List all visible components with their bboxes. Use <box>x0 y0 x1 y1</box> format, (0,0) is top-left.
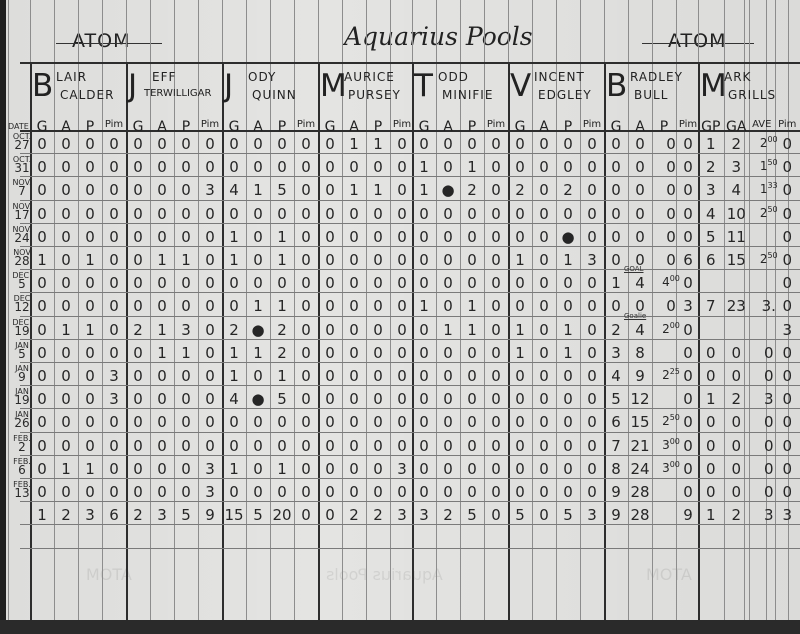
stat-column-header: A <box>342 119 366 135</box>
stat-column-header: G <box>508 119 532 135</box>
stat-cell: 0 <box>54 181 78 199</box>
stat-cell: 0 <box>436 460 460 478</box>
stat-cell: 1 <box>246 344 270 362</box>
stat-cell: 1 <box>270 228 294 246</box>
stat-cell: 0 <box>174 181 198 199</box>
stat-cell: 0 <box>174 158 198 176</box>
stat-cell: 0 <box>78 344 102 362</box>
stat-cell: 3 <box>198 460 222 478</box>
stat-cell: 0 <box>78 205 102 223</box>
stat-cell: 0 <box>54 274 78 292</box>
stat-cell: 0 <box>508 437 532 455</box>
stat-cell: 0 <box>102 228 126 246</box>
stat-cell: 0 <box>532 274 556 292</box>
stat-cell: 3 <box>150 506 174 524</box>
stat-cell: 21 <box>628 437 652 455</box>
stat-cell: 2 <box>342 506 366 524</box>
stat-cell: 0 <box>126 460 150 478</box>
stat-cell: 2 <box>126 506 150 524</box>
stat-column-header: G <box>126 119 150 135</box>
handwritten-note: GOAL <box>624 265 644 273</box>
player-initial: J <box>128 68 137 104</box>
stat-cell: 0 <box>342 460 366 478</box>
stat-cell: 0 <box>318 413 342 431</box>
stat-column-header: Pim <box>775 119 800 130</box>
stat-cell: 2 <box>222 321 246 339</box>
stat-cell: 1 <box>366 135 390 153</box>
stat-cell: 0 <box>318 274 342 292</box>
stat-column-header: P <box>556 119 580 135</box>
stat-cell: 2 <box>270 344 294 362</box>
stat-cell: 3 <box>412 506 436 524</box>
stat-cell: 0 <box>198 274 222 292</box>
stat-cell: 0 <box>150 483 174 501</box>
stat-cell: 0 <box>724 367 750 385</box>
stat-cell: 3 <box>775 321 800 339</box>
stat-cell: 0 <box>676 367 700 385</box>
stat-cell: 0 <box>580 205 604 223</box>
stat-cell: 0 <box>556 413 580 431</box>
stat-cell: 0 <box>126 205 150 223</box>
stat-cell: 1 <box>698 135 724 153</box>
stat-cell: 0 <box>126 344 150 362</box>
stat-column-header: GA <box>724 119 750 135</box>
stat-cell: 0 <box>775 181 800 199</box>
stat-cell: 1 <box>508 344 532 362</box>
division-underline-left <box>56 43 162 44</box>
stat-cell: 0 <box>532 158 556 176</box>
stat-cell: 0 <box>366 367 390 385</box>
stat-cell: 1 <box>222 460 246 478</box>
stat-cell: 0 <box>532 135 556 153</box>
stat-cell: 0 <box>174 367 198 385</box>
stat-cell: 0 <box>460 367 484 385</box>
stat-cell: 0 <box>556 158 580 176</box>
stat-cell: 0 <box>78 274 102 292</box>
stat-cell: 1 <box>460 158 484 176</box>
player-first-name: EFF <box>152 70 176 84</box>
header-top-rule <box>20 62 800 64</box>
stat-cell: 1 <box>436 321 460 339</box>
stat-cell: 0 <box>366 158 390 176</box>
stat-cell: 0 <box>390 158 414 176</box>
stat-cell: 0 <box>198 321 222 339</box>
stat-cell: 0 <box>676 181 700 199</box>
stat-cell: 0 <box>294 205 318 223</box>
stat-cell: 0 <box>412 321 436 339</box>
stat-cell: 0 <box>78 158 102 176</box>
stat-cell: 1 <box>508 251 532 269</box>
stat-cell: 0 <box>102 460 126 478</box>
stat-cell: 0 <box>580 135 604 153</box>
stat-cell: 6 <box>676 251 700 269</box>
stat-cell: 0 <box>54 135 78 153</box>
stat-cell: 2 <box>366 506 390 524</box>
team-title: Aquarius Pools <box>344 22 533 51</box>
stat-cell: 0 <box>436 205 460 223</box>
stat-cell: 0 <box>30 135 54 153</box>
row-rule <box>20 548 800 549</box>
stat-cell: 0 <box>78 413 102 431</box>
stat-cell: 0 <box>436 228 460 246</box>
stat-cell: 1 <box>698 506 724 524</box>
stat-cell: 0 <box>580 437 604 455</box>
stat-cell: 0 <box>775 135 800 153</box>
stat-cell: 0 <box>676 205 700 223</box>
stat-cell: 0 <box>174 413 198 431</box>
stat-cell: 5 <box>246 506 270 524</box>
stat-cell: 0 <box>78 181 102 199</box>
stat-cell: 0 <box>532 367 556 385</box>
stat-cell: 0 <box>412 228 436 246</box>
stat-cell: 0 <box>294 506 318 524</box>
stat-column-header: P <box>652 119 676 135</box>
stat-cell: 0 <box>54 228 78 246</box>
row-rule <box>20 501 800 502</box>
stat-cell: 0 <box>318 367 342 385</box>
stat-cell: 0 <box>150 367 174 385</box>
stat-cell: 0 <box>484 228 508 246</box>
stat-cell: 0 <box>366 297 390 315</box>
stat-cell: 0 <box>412 135 436 153</box>
stat-cell: 0 <box>484 251 508 269</box>
stat-cell: 1 <box>342 135 366 153</box>
stat-cell: 4 <box>604 367 628 385</box>
stat-column-header: Pim <box>198 119 222 130</box>
stat-cell: 4 <box>222 181 246 199</box>
row-rule <box>20 408 800 409</box>
stat-cell: 0 <box>222 297 246 315</box>
stat-cell: 0 <box>30 181 54 199</box>
stat-cell: 0 <box>294 274 318 292</box>
stat-cell: 1 <box>174 344 198 362</box>
row-rule <box>20 432 800 433</box>
player-first-name: AURICE <box>344 70 395 84</box>
stat-cell: 0 <box>126 437 150 455</box>
stat-cell: 0 <box>484 135 508 153</box>
stat-cell: 0 <box>222 274 246 292</box>
stat-cell: 0 <box>102 437 126 455</box>
stat-cell: 0 <box>270 483 294 501</box>
stat-cell: 0 <box>294 297 318 315</box>
stat-cell: 5 <box>270 390 294 408</box>
stat-cell: 6 <box>102 506 126 524</box>
stat-cell: 0 <box>460 437 484 455</box>
stat-cell: 4 <box>724 181 750 199</box>
stat-cell: 0 <box>390 228 414 246</box>
stat-cell: 0 <box>556 390 580 408</box>
stat-cell: 0 <box>532 251 556 269</box>
stat-cell: 5 <box>698 228 724 246</box>
row-rule <box>20 200 800 201</box>
stat-cell: 0 <box>54 413 78 431</box>
stat-cell: 0 <box>174 205 198 223</box>
player-first-name: ODD <box>438 70 469 84</box>
stat-cell: 3 <box>102 390 126 408</box>
stat-cell: 0 <box>198 437 222 455</box>
stat-cell: 0 <box>342 251 366 269</box>
row-rule <box>20 246 800 247</box>
stat-cell: 1 <box>270 251 294 269</box>
stat-cell: 0 <box>556 274 580 292</box>
stat-cell: 0 <box>174 437 198 455</box>
stat-cell: 0 <box>246 413 270 431</box>
stat-cell: 0 <box>246 367 270 385</box>
stat-cell: 5 <box>556 506 580 524</box>
stat-cell: 0 <box>246 205 270 223</box>
player-last-name: MINIFIE <box>442 88 493 102</box>
row-rule <box>20 362 800 363</box>
stat-cell: 5 <box>508 506 532 524</box>
stat-cell: 5 <box>174 506 198 524</box>
stat-cell: 0 <box>198 205 222 223</box>
stat-cell: 0 <box>484 390 508 408</box>
stat-cell: 0 <box>318 251 342 269</box>
stat-cell: 0 <box>580 413 604 431</box>
stat-cell: 0 <box>628 205 652 223</box>
stat-column-header: P <box>270 119 294 135</box>
stat-cell: 0 <box>556 297 580 315</box>
stat-cell: 1 <box>222 367 246 385</box>
stat-cell: 0 <box>222 135 246 153</box>
stat-cell: 0 <box>532 228 556 246</box>
stat-cell: 1 <box>222 251 246 269</box>
stat-cell: 0 <box>366 321 390 339</box>
stat-cell: 0 <box>698 413 724 431</box>
stat-cell: 0 <box>775 413 800 431</box>
stat-cell: 0 <box>30 367 54 385</box>
stat-cell: 0 <box>775 460 800 478</box>
stat-cell: 0 <box>342 390 366 408</box>
stat-cell: 0 <box>318 297 342 315</box>
stat-cell: 0 <box>246 274 270 292</box>
stat-cell: 0 <box>580 367 604 385</box>
stat-cell: 0 <box>126 228 150 246</box>
stat-cell: 0 <box>724 483 750 501</box>
stat-cell: 0 <box>78 135 102 153</box>
stat-cell: 0 <box>676 483 700 501</box>
stat-cell: 3 <box>78 506 102 524</box>
stat-cell: 1 <box>342 181 366 199</box>
player-initial: B <box>606 68 627 104</box>
stat-cell: 0 <box>54 251 78 269</box>
stat-cell: 0 <box>294 390 318 408</box>
stat-cell: 0 <box>342 344 366 362</box>
stat-cell: 0 <box>390 437 414 455</box>
stat-cell: 9 <box>198 506 222 524</box>
stat-column-header: A <box>150 119 174 135</box>
stat-cell: 0 <box>460 135 484 153</box>
bleed-through-text: Aquarius Pools <box>326 565 443 584</box>
stat-column-header: G <box>318 119 342 135</box>
stat-cell: 0 <box>318 228 342 246</box>
stat-cell: 1 <box>246 181 270 199</box>
row-rule <box>20 385 800 386</box>
row-rule <box>20 292 800 293</box>
stat-cell: 15 <box>628 413 652 431</box>
stat-cell: 0 <box>198 135 222 153</box>
stat-cell: 0 <box>698 367 724 385</box>
stat-cell: 0 <box>532 506 556 524</box>
stat-cell: 8 <box>604 460 628 478</box>
stat-cell: 1 <box>150 321 174 339</box>
stat-cell: 0 <box>342 158 366 176</box>
stat-cell: 0 <box>150 135 174 153</box>
stat-column-header: P <box>460 119 484 135</box>
stat-cell: 0 <box>54 437 78 455</box>
stat-cell: 0 <box>270 274 294 292</box>
stat-cell: 0 <box>174 390 198 408</box>
stat-cell: 0 <box>436 297 460 315</box>
stat-cell: 2 <box>270 321 294 339</box>
stat-cell: 0 <box>698 460 724 478</box>
stat-cell: 0 <box>30 483 54 501</box>
stat-cell: 2 <box>54 506 78 524</box>
stat-cell: 0 <box>294 135 318 153</box>
stat-cell: 0 <box>78 390 102 408</box>
stat-cell: 0 <box>318 483 342 501</box>
stat-cell: 0 <box>508 390 532 408</box>
stat-column-header: A <box>628 119 652 135</box>
stat-cell: 1 <box>54 460 78 478</box>
stat-cell: 0 <box>628 158 652 176</box>
stat-cell: 0 <box>436 344 460 362</box>
stat-cell: 0 <box>436 390 460 408</box>
stat-cell: 0 <box>366 344 390 362</box>
stat-cell: 0 <box>150 413 174 431</box>
stat-cell: 10 <box>724 205 750 223</box>
stat-cell: 0 <box>390 274 414 292</box>
stat-cell: 0 <box>676 390 700 408</box>
stat-cell: 0 <box>556 460 580 478</box>
stat-cell: 0 <box>342 367 366 385</box>
stat-cell: 0 <box>150 205 174 223</box>
row-rule <box>20 316 800 317</box>
stat-column-header: G <box>604 119 628 135</box>
stat-cell: 9 <box>604 506 628 524</box>
stat-cell: 0 <box>484 367 508 385</box>
stat-cell: 0 <box>484 437 508 455</box>
stat-cell: 0 <box>78 367 102 385</box>
stat-cell: 0 <box>508 274 532 292</box>
stat-cell: 0 <box>390 205 414 223</box>
stat-cell: 0 <box>246 135 270 153</box>
stat-cell: 0 <box>222 205 246 223</box>
player-first-name: RADLEY <box>630 70 683 84</box>
stat-cell: 0 <box>30 344 54 362</box>
stat-cell: 0 <box>174 483 198 501</box>
stat-cell: 4 <box>628 274 652 292</box>
stat-cell: 0 <box>102 274 126 292</box>
stat-cell: 1 <box>78 251 102 269</box>
stat-column-header: P <box>78 119 102 135</box>
stat-cell: 0 <box>150 460 174 478</box>
stat-cell: 0 <box>294 181 318 199</box>
stat-cell: 6 <box>604 413 628 431</box>
stat-cell: 0 <box>775 297 800 315</box>
stat-cell: 1 <box>222 228 246 246</box>
stat-cell: 0 <box>508 367 532 385</box>
stat-cell: 0 <box>366 390 390 408</box>
stat-cell: 0 <box>775 251 800 269</box>
stat-cell: 0 <box>270 158 294 176</box>
stat-cell: 0 <box>580 321 604 339</box>
stat-cell: 0 <box>150 274 174 292</box>
stat-cell: 7 <box>604 437 628 455</box>
stat-cell: 1 <box>556 321 580 339</box>
stat-column-header: G <box>222 119 246 135</box>
stat-cell: 0 <box>412 251 436 269</box>
stat-cell: 3 <box>676 297 700 315</box>
stat-cell: 0 <box>126 135 150 153</box>
stat-cell: 0 <box>126 274 150 292</box>
stat-cell: 0 <box>628 181 652 199</box>
stat-cell: 28 <box>628 506 652 524</box>
stat-cell: 0 <box>484 483 508 501</box>
stat-cell: 0 <box>126 158 150 176</box>
stat-cell: 0 <box>126 413 150 431</box>
stat-cell: 0 <box>318 321 342 339</box>
stat-cell: 0 <box>366 274 390 292</box>
stat-cell: 0 <box>676 158 700 176</box>
stat-cell: 0 <box>342 437 366 455</box>
stat-cell: 0 <box>246 251 270 269</box>
stat-cell: 0 <box>54 297 78 315</box>
stat-cell: 0 <box>174 297 198 315</box>
stat-cell: 1 <box>174 251 198 269</box>
stat-cell: 0 <box>484 460 508 478</box>
stat-cell: 0 <box>54 367 78 385</box>
stat-cell: 0 <box>724 460 750 478</box>
stat-column-header: A <box>436 119 460 135</box>
stat-column-header: Pim <box>102 119 126 130</box>
stat-cell: 11 <box>724 228 750 246</box>
stat-cell: 0 <box>78 483 102 501</box>
stat-cell: 0 <box>198 158 222 176</box>
stat-cell: 1 <box>366 181 390 199</box>
stat-cell: 3 <box>390 460 414 478</box>
stat-cell: 0 <box>342 297 366 315</box>
stat-cell: 0 <box>198 251 222 269</box>
row-rule <box>20 269 800 270</box>
stat-cell: 3 <box>174 321 198 339</box>
stat-cell: 1 <box>698 390 724 408</box>
stat-cell: 3 <box>198 483 222 501</box>
stat-cell: 0 <box>30 228 54 246</box>
stat-cell: 0 <box>508 205 532 223</box>
stat-cell: ● <box>246 390 270 408</box>
stat-cell: 0 <box>390 135 414 153</box>
stat-cell: 0 <box>532 205 556 223</box>
player-last-name: PURSEY <box>348 88 401 102</box>
row-rule <box>20 223 800 224</box>
stat-cell: 1 <box>270 297 294 315</box>
stat-cell: 0 <box>294 321 318 339</box>
stat-cell: 0 <box>484 413 508 431</box>
stat-cell: 0 <box>532 390 556 408</box>
stat-cell: 2 <box>460 181 484 199</box>
stat-cell: 2 <box>724 135 750 153</box>
stat-cell: 0 <box>532 181 556 199</box>
stat-cell: 0 <box>460 274 484 292</box>
stat-cell: 2 <box>724 390 750 408</box>
stat-cell: 0 <box>580 274 604 292</box>
stat-cell: 0 <box>676 413 700 431</box>
stat-cell: 0 <box>294 413 318 431</box>
stat-cell: 0 <box>246 437 270 455</box>
stat-cell: 0 <box>724 413 750 431</box>
stat-cell: 0 <box>366 483 390 501</box>
